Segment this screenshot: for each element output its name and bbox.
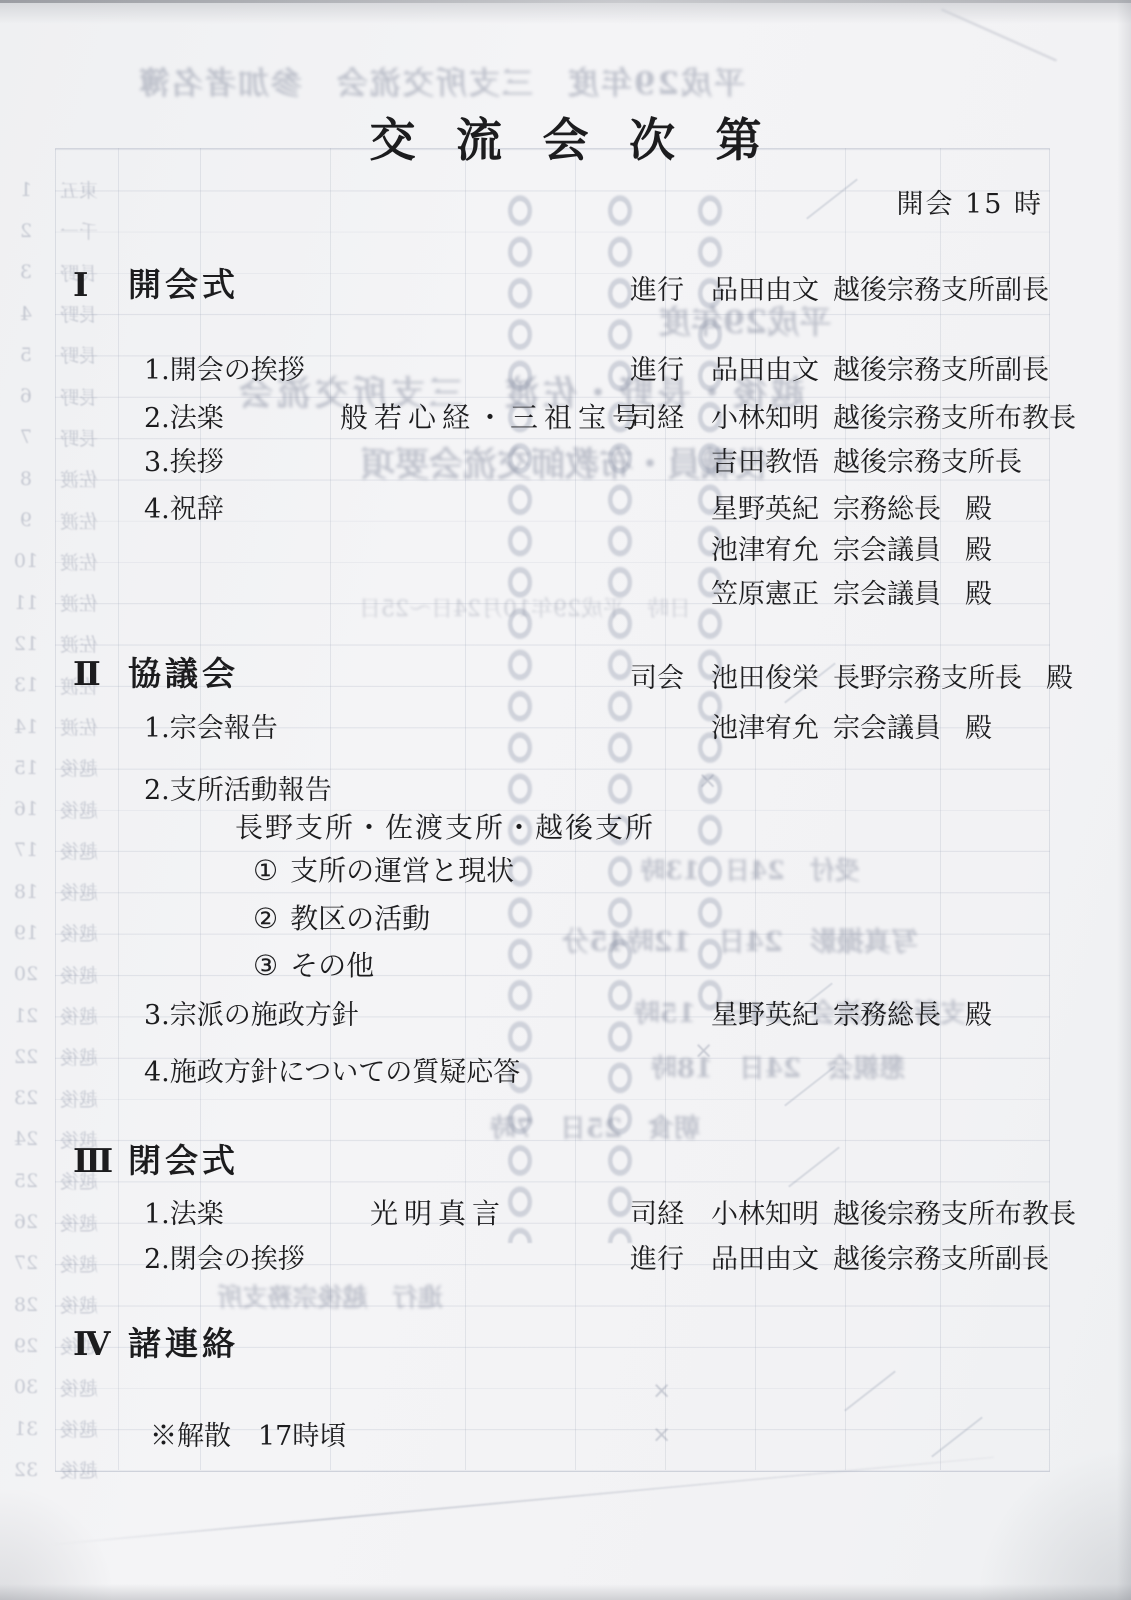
item-number: 1. — [144, 713, 170, 744]
item-label: 閉会の挨拶 — [170, 1244, 305, 1275]
item-number: 4. — [144, 1057, 170, 1088]
page-title: 交流会次第 — [0, 104, 1131, 170]
guest-line: 笠原憲正宗会議員殿 — [630, 572, 992, 611]
circled-item: ①支所の運営と現状 — [253, 849, 514, 889]
item-label: 施政方針についての質疑応答 — [170, 1057, 520, 1088]
item-detail: 光明真言 — [370, 1192, 506, 1232]
section-title: 開会式 — [128, 265, 239, 304]
assignment-line: 星野英紀宗務総長殿 — [630, 487, 992, 526]
item-label: 支所活動報告 — [170, 775, 332, 806]
person: 品田由文 — [711, 348, 833, 387]
opening-time: 開会 15 時 — [896, 182, 1043, 221]
item-number: 3. — [144, 447, 170, 478]
agenda-item: 1.開会の挨拶 — [144, 348, 305, 387]
item-sub-line: 長野支所・佐渡支所・越後支所 — [235, 806, 655, 846]
role: 進行 — [630, 268, 711, 307]
assignment-line: 司経小林知明越後宗務支所布教長 — [630, 396, 1076, 435]
circled-text: 教区の活動 — [290, 902, 430, 935]
person: 品田由文 — [711, 1237, 833, 1276]
section-heading-announcements: Ⅳ諸連絡 — [73, 1318, 239, 1365]
item-number: 2. — [144, 1244, 170, 1275]
circled-text: 支所の運営と現状 — [290, 854, 514, 887]
post: 越後宗務支所副長 — [833, 355, 1049, 386]
item-number: 2. — [144, 403, 170, 434]
assignment-line: 進行品田由文越後宗務支所副長 — [630, 348, 1049, 387]
section-title: 協議会 — [128, 654, 239, 693]
assignment-line: 進行品田由文越後宗務支所副長 — [630, 1237, 1049, 1276]
item-number: 1. — [144, 355, 170, 386]
dismissal-note: ※解散 17時頃 — [150, 1414, 346, 1453]
scanned-agenda-sheet: 平成29年度 三支所交流会 参加者名簿 平成29年度 越後・長野・佐渡 三支所交… — [0, 0, 1131, 1600]
person: 池津宥允 — [711, 706, 833, 745]
person: 池津宥允 — [711, 528, 833, 567]
role: 司経 — [630, 396, 711, 435]
assignment-line: 進行品田由文越後宗務支所副長 — [630, 268, 1049, 307]
assignment-line: 司会池田俊栄長野宗務支所長殿 — [630, 656, 1073, 695]
agenda-item: 4.祝辞 — [144, 487, 224, 526]
post: 長野宗務支所長 — [833, 663, 1022, 694]
item-number: 3. — [144, 1000, 170, 1031]
role: 司会 — [630, 656, 711, 695]
section-heading-opening-ceremony: Ⅰ開会式 — [73, 259, 239, 306]
item-label: 法楽 — [170, 1199, 224, 1230]
agenda-item: 2.閉会の挨拶 — [144, 1237, 305, 1276]
circled-item: ③その他 — [253, 944, 374, 984]
section-title: 諸連絡 — [128, 1324, 239, 1363]
circled-number: ③ — [253, 949, 278, 982]
section-heading-council: Ⅱ協議会 — [73, 648, 239, 695]
agenda-item: 3.宗派の施政方針 — [144, 993, 359, 1032]
post: 越後宗務支所副長 — [833, 1244, 1049, 1275]
person: 小林知明 — [711, 1192, 833, 1231]
post: 宗会議員 — [833, 535, 941, 566]
agenda-item: 4.施政方針についての質疑応答 — [144, 1050, 520, 1089]
person: 吉田教悟 — [711, 440, 833, 479]
item-label: 祝辞 — [170, 494, 224, 525]
person: 星野英紀 — [711, 487, 833, 526]
section-numeral: Ⅳ — [73, 1324, 128, 1363]
section-numeral: Ⅱ — [73, 654, 128, 693]
item-number: 1. — [144, 1199, 170, 1230]
item-label: 宗会報告 — [170, 713, 278, 744]
item-number: 2. — [144, 775, 170, 806]
item-label: 開会の挨拶 — [170, 355, 305, 386]
post: 宗会議員 — [833, 713, 941, 744]
honorific: 殿 — [965, 528, 992, 567]
role: 進行 — [630, 1237, 711, 1276]
role: 司経 — [630, 1192, 711, 1231]
assignment-line: 池津宥允宗会議員殿 — [630, 706, 992, 745]
role: 進行 — [630, 348, 711, 387]
person: 笠原憲正 — [711, 572, 833, 611]
circled-number: ② — [253, 902, 278, 935]
agenda-item: 2.支所活動報告 — [144, 768, 332, 807]
item-label: 挨拶 — [170, 447, 224, 478]
assignment-line: 司経小林知明越後宗務支所布教長 — [630, 1192, 1076, 1231]
section-heading-closing-ceremony: Ⅲ閉会式 — [73, 1135, 239, 1182]
post: 宗会議員 — [833, 579, 941, 610]
honorific: 殿 — [965, 706, 992, 745]
agenda-item: 2.法楽 — [144, 396, 224, 435]
assignment-line: 吉田教悟越後宗務支所長 — [630, 440, 1022, 479]
item-detail: 般若心経・三祖宝号 — [340, 396, 646, 436]
person: 星野英紀 — [711, 993, 833, 1032]
post: 宗務総長 — [833, 1000, 941, 1031]
section-numeral: Ⅲ — [73, 1141, 128, 1180]
person: 品田由文 — [711, 268, 833, 307]
item-label: 法楽 — [170, 403, 224, 434]
agenda-item: 3.挨拶 — [144, 440, 224, 479]
post: 越後宗務支所副長 — [833, 275, 1049, 306]
honorific: 殿 — [965, 487, 992, 526]
item-number: 4. — [144, 494, 170, 525]
agenda-item: 1.宗会報告 — [144, 706, 278, 745]
section-title: 閉会式 — [128, 1141, 239, 1180]
circled-number: ① — [253, 854, 278, 887]
circled-text: その他 — [290, 949, 374, 982]
agenda-item: 1.法楽 — [144, 1192, 224, 1231]
person: 小林知明 — [711, 396, 833, 435]
post: 越後宗務支所布教長 — [833, 1199, 1076, 1230]
agenda-content: 交流会次第 開会 15 時 Ⅰ開会式 進行品田由文越後宗務支所副長 1.開会の挨… — [0, 0, 1131, 1600]
honorific: 殿 — [965, 572, 992, 611]
honorific: 殿 — [1046, 656, 1073, 695]
post: 越後宗務支所長 — [833, 447, 1022, 478]
circled-item: ②教区の活動 — [253, 897, 430, 937]
item-label: 宗派の施政方針 — [170, 1000, 359, 1031]
assignment-line: 星野英紀宗務総長殿 — [630, 993, 992, 1032]
person: 池田俊栄 — [711, 656, 833, 695]
honorific: 殿 — [965, 993, 992, 1032]
post: 宗務総長 — [833, 494, 941, 525]
post: 越後宗務支所布教長 — [833, 403, 1076, 434]
guest-line: 池津宥允宗会議員殿 — [630, 528, 992, 567]
section-numeral: Ⅰ — [73, 265, 128, 304]
